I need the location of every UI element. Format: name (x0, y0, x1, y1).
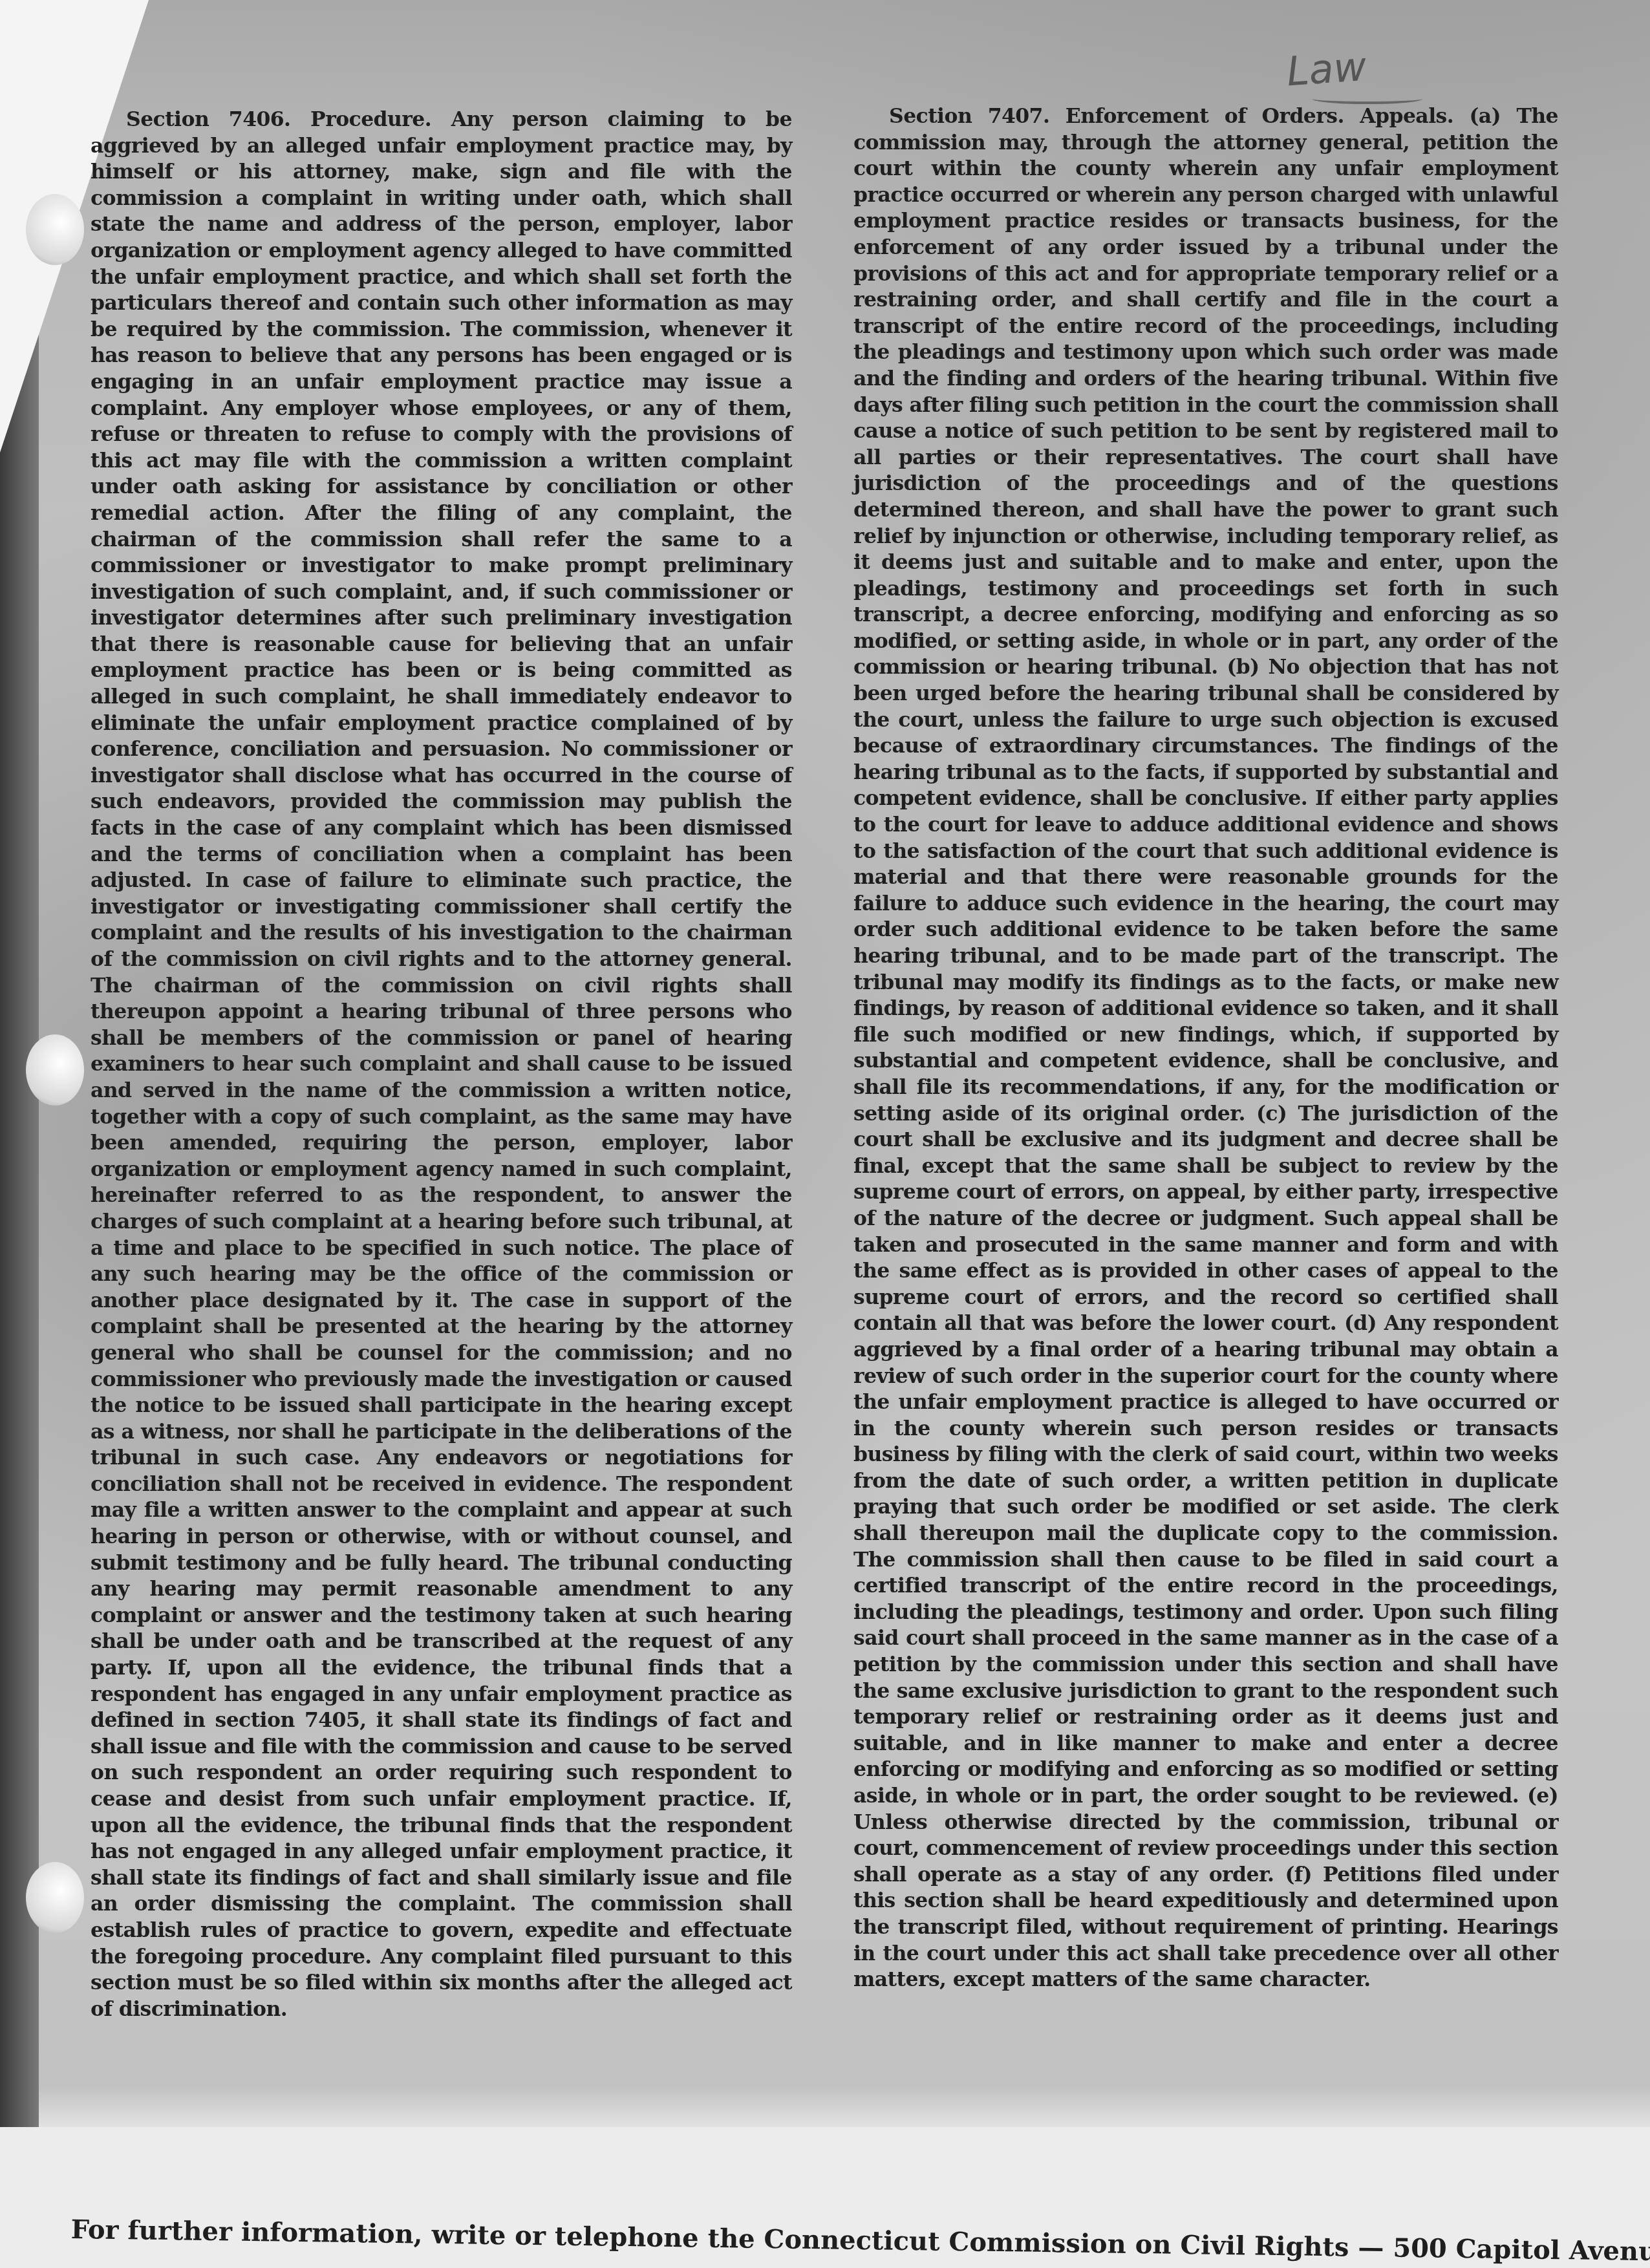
section-7406-column: Section 7406. Procedure. Any person clai… (91, 107, 792, 2022)
section-7407-body: (a) The commission may, through the atto… (853, 104, 1558, 1991)
punch-hole-bottom (26, 1862, 84, 1933)
section-7406-paragraph: Section 7406. Procedure. Any person clai… (91, 107, 792, 2022)
section-7407-heading: Section 7407. Enforcement of Orders. App… (889, 104, 1453, 128)
section-7407-column: Section 7407. Enforcement of Orders. App… (853, 103, 1558, 1993)
section-7407-paragraph: Section 7407. Enforcement of Orders. App… (853, 103, 1558, 1993)
section-7406-heading: Section 7406. Procedure. (126, 107, 431, 131)
punch-hole-middle (26, 1034, 84, 1106)
scanned-page: Law Section 7406. Procedure. Any person … (0, 0, 1650, 2268)
punch-hole-top (26, 194, 84, 265)
handwritten-underline (1312, 94, 1422, 104)
handwritten-note: Law (1285, 43, 1368, 95)
section-7406-body: Any person claiming to be aggrieved by a… (91, 107, 792, 2021)
